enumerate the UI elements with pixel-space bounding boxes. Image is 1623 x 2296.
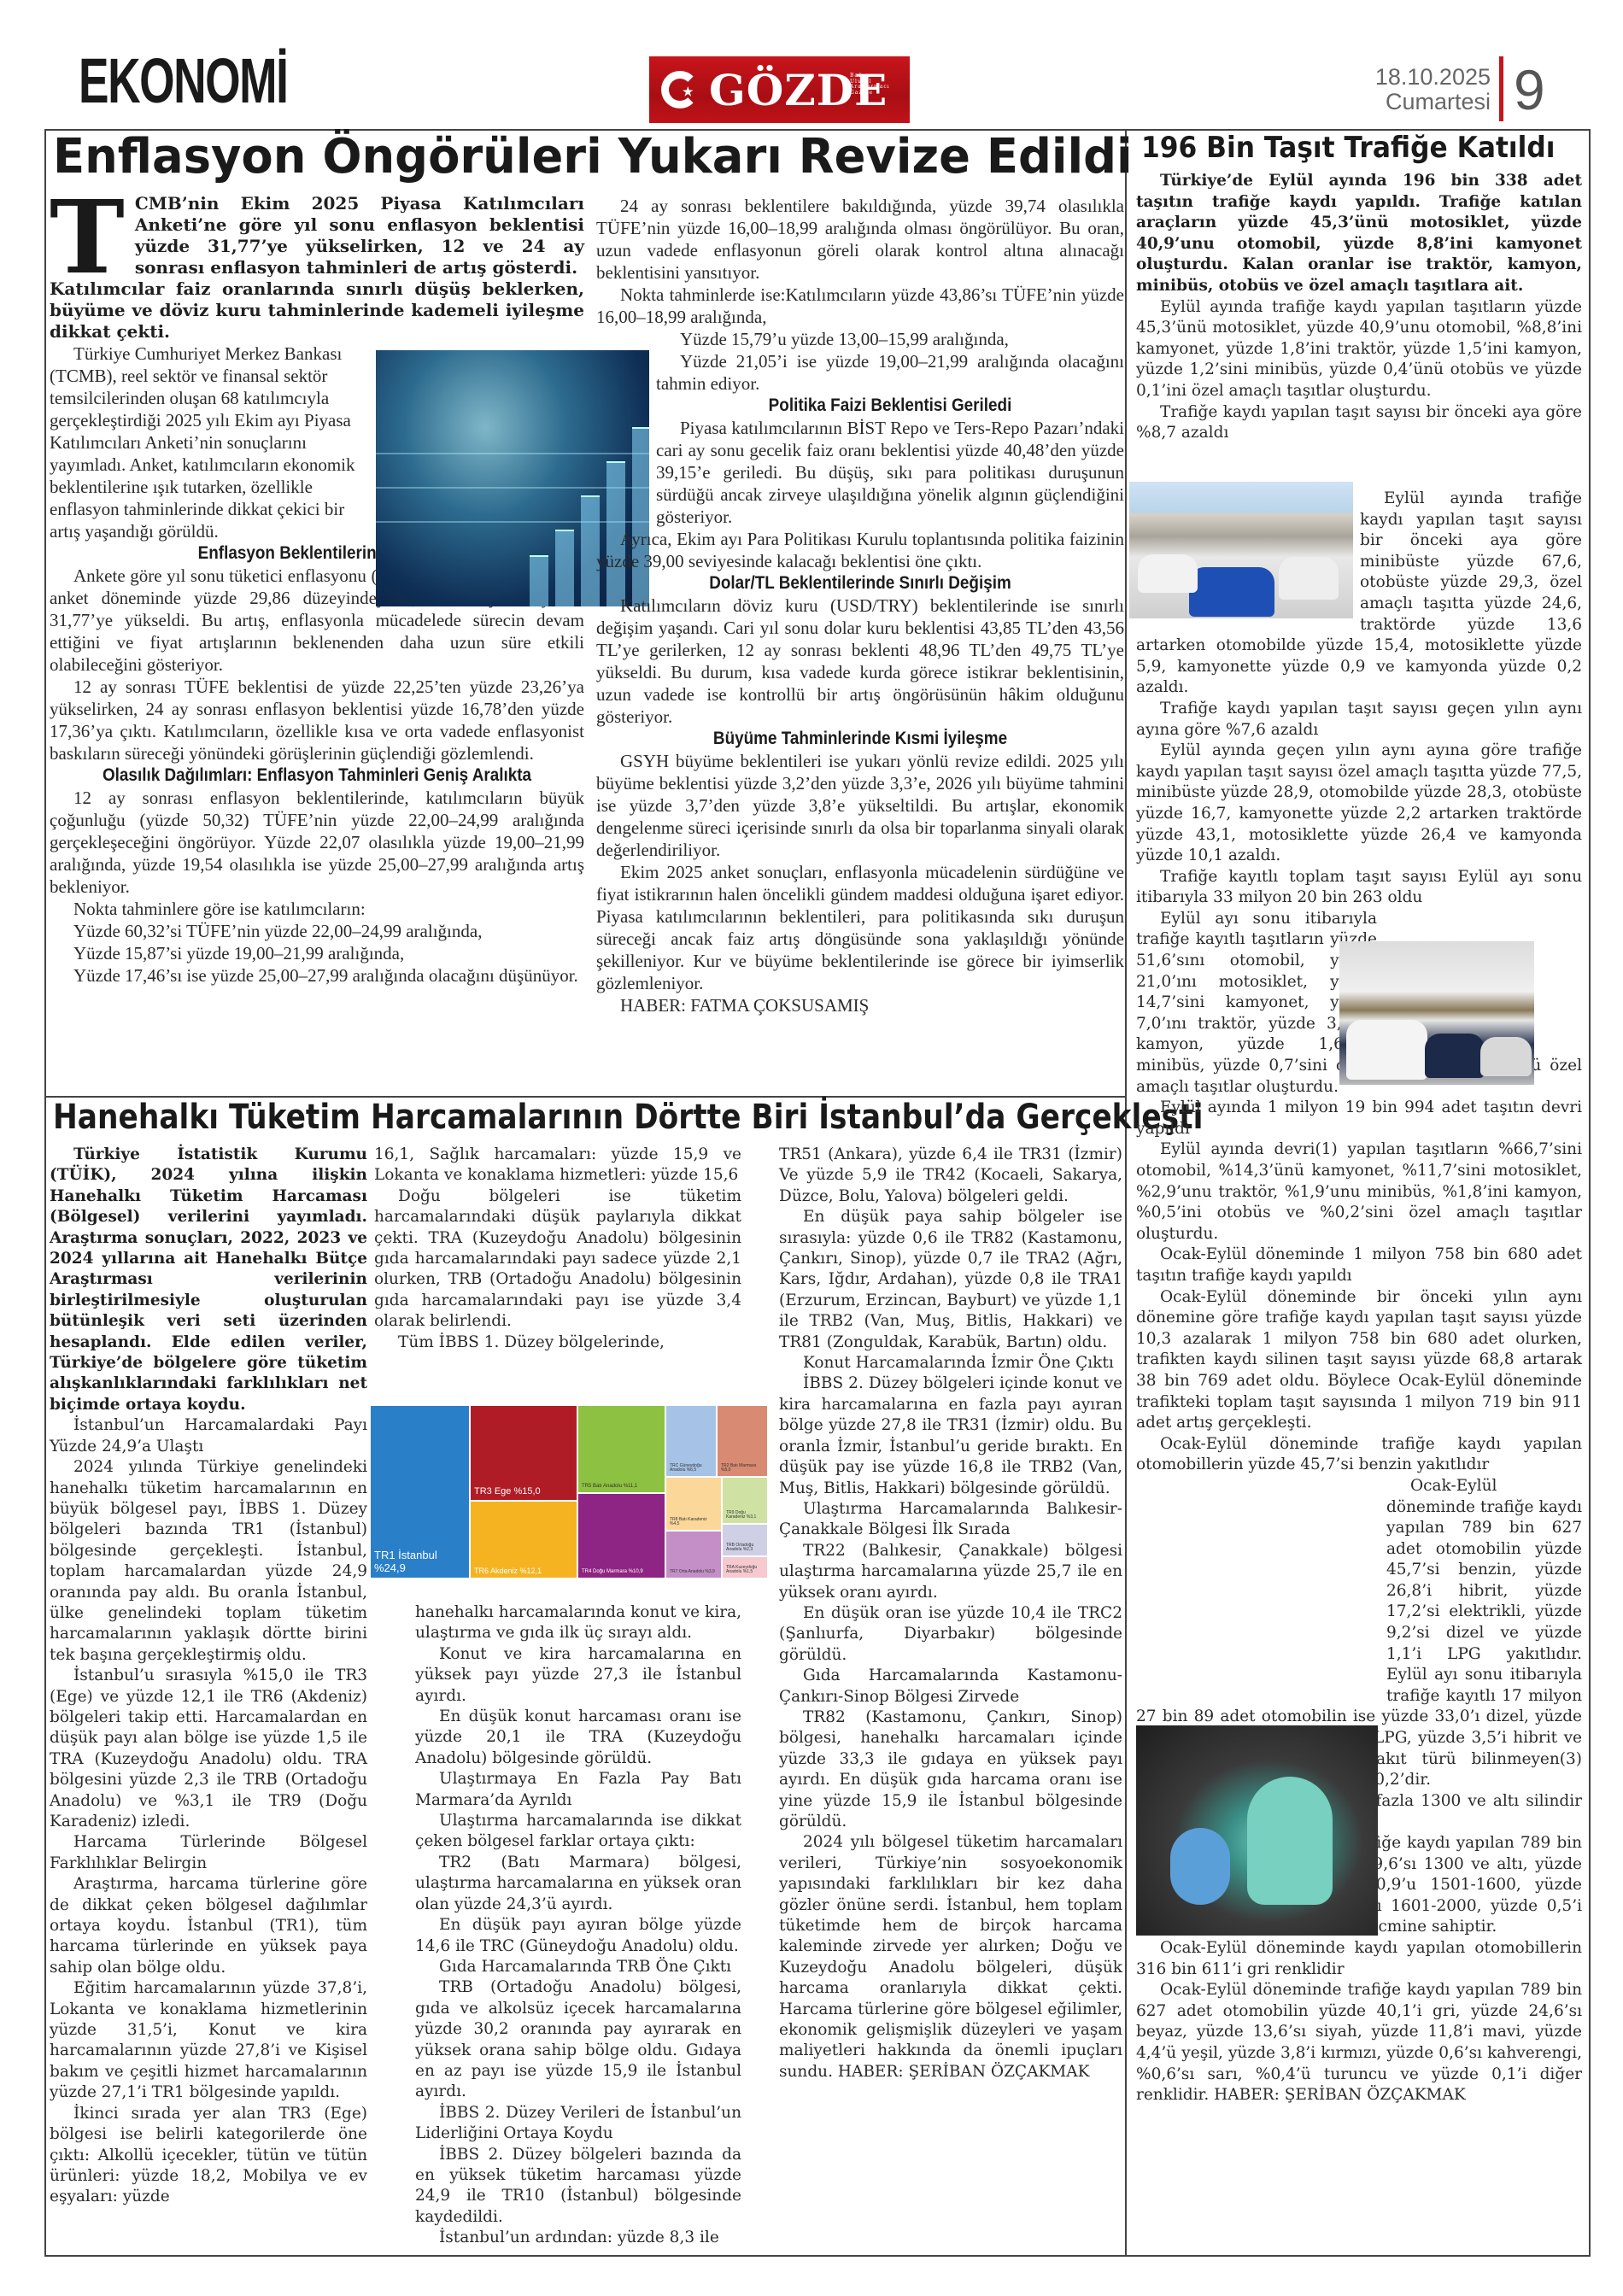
article1-body-1: Enflasyon Beklentilerinde Artış Ankete g… <box>50 542 584 987</box>
treemap-tile-tr2: TR2 Batı Marmara %5,0 <box>717 1405 768 1477</box>
article2-column-1: Türkiye İstatistik Kurumu (TÜİK), 2024 y… <box>50 1145 367 2208</box>
covered-garage-photo <box>1339 941 1534 1085</box>
page-number: 9 <box>1514 61 1545 118</box>
article1-headline: Enflasyon Öngörüleri Yukarı Revize Edild… <box>53 133 1133 181</box>
treemap-tile-tr4: TR4 Doğu Marmara %10,9 <box>577 1493 665 1578</box>
article3-lead: Türkiye’de Eylül ayında 196 bin 338 adet… <box>1136 171 1582 297</box>
article2-column-2-top: 16,1, Sağlık harcamaları: yüzde 15,9 ve … <box>374 1145 741 1353</box>
article2-headline: Hanehalkı Tüketim Harcamalarının Dörtte … <box>53 1100 1203 1134</box>
treemap-tile-tr9: TR9 Doğu Karadeniz %3,1 <box>722 1477 768 1524</box>
article1-column-2: 24 ay sonrası beklentilere bakıldığında,… <box>596 195 1124 1016</box>
regional-spending-treemap: TR1 İstanbul %24,9 TR3 Ege %15,0 TR6 Akd… <box>370 1405 768 1578</box>
treemap-tile-tr7: TR7 Orta Anadolu %3,9 <box>665 1531 722 1578</box>
dropcap: T <box>50 196 125 278</box>
article3-body: Türkiye’de Eylül ayında 196 bin 338 adet… <box>1136 171 1582 444</box>
treemap-tile-trb: TRB Ortadoğu Anadolu %2,3 <box>722 1524 768 1556</box>
crescent-star-icon: ★ <box>661 71 699 108</box>
right-border <box>1589 129 1591 2257</box>
treemap-tile-tra: TRA Kuzeydoğu Anadolu %1,5 <box>722 1556 768 1578</box>
treemap-tile-tr5: TR5 Batı Anadolu %11,1 <box>577 1405 665 1493</box>
weekday: Cumartesi <box>1375 90 1491 114</box>
subheading-buyume: Büyüme Tahminlerinde Kısmi İyileşme <box>623 728 1098 750</box>
subheading-politika-faizi: Politika Faizi Beklentisi Geriledi <box>679 395 1100 417</box>
article3-headline: 196 Bin Taşıt Trafiğe Katıldı <box>1141 133 1555 162</box>
subheading-dolar-tl: Dolar/TL Beklentilerinde Sınırlı Değişim <box>623 572 1098 594</box>
left-border <box>44 129 46 2257</box>
subheading-olasilik: Olasılık Dağılımları: Enflasyon Tahminle… <box>76 764 557 787</box>
treemap-tile-tr3: TR3 Ege %15,0 <box>470 1405 577 1501</box>
date-divider <box>1499 56 1503 121</box>
logo-tagline: Bağımsız Ulusal Araştırmacı Gazete <box>850 73 901 96</box>
column-divider <box>1125 129 1127 2257</box>
treemap-tile-tr1: TR1 İstanbul %24,9 <box>370 1405 470 1578</box>
treemap-tile-trc: TRC Güneydoğu Anadolu %6,5 <box>665 1405 717 1477</box>
scooter-showroom-photo <box>1136 1725 1378 1936</box>
treemap-tile-tr6: TR6 Akdeniz %12,1 <box>470 1501 577 1578</box>
footer-rule <box>44 2255 1591 2257</box>
article2-column-3: TR51 (Ankara), yüzde 6,4 ile TR31 (İzmir… <box>779 1145 1122 2082</box>
article1-lead: T CMB’nin Ekim 2025 Piyasa Katılımcıları… <box>50 193 584 343</box>
newspaper-logo[interactable]: ★ GÖZDE Bağımsız Ulusal Araştırmacı Gaze… <box>649 56 910 123</box>
article2-lead: Türkiye İstatistik Kurumu (TÜİK), 2024 y… <box>50 1145 367 1415</box>
section-title: EKONOMİ <box>79 50 287 113</box>
treemap-tile-tr8: TR8 Batı Karadeniz %4,5 <box>665 1477 722 1531</box>
byline-article1: HABER: FATMA ÇOKSUSAMIŞ <box>596 994 1124 1016</box>
date-value: 18.10.2025 <box>1375 65 1491 90</box>
article1-intro: Türkiye Cumhuriyet Merkez Bankası (TCMB)… <box>50 343 357 542</box>
issue-date: 18.10.2025 Cumartesi <box>1375 65 1491 114</box>
article2-column-2-bottom: hanehalkı harcamalarında konut ve kira, … <box>415 1602 741 2249</box>
